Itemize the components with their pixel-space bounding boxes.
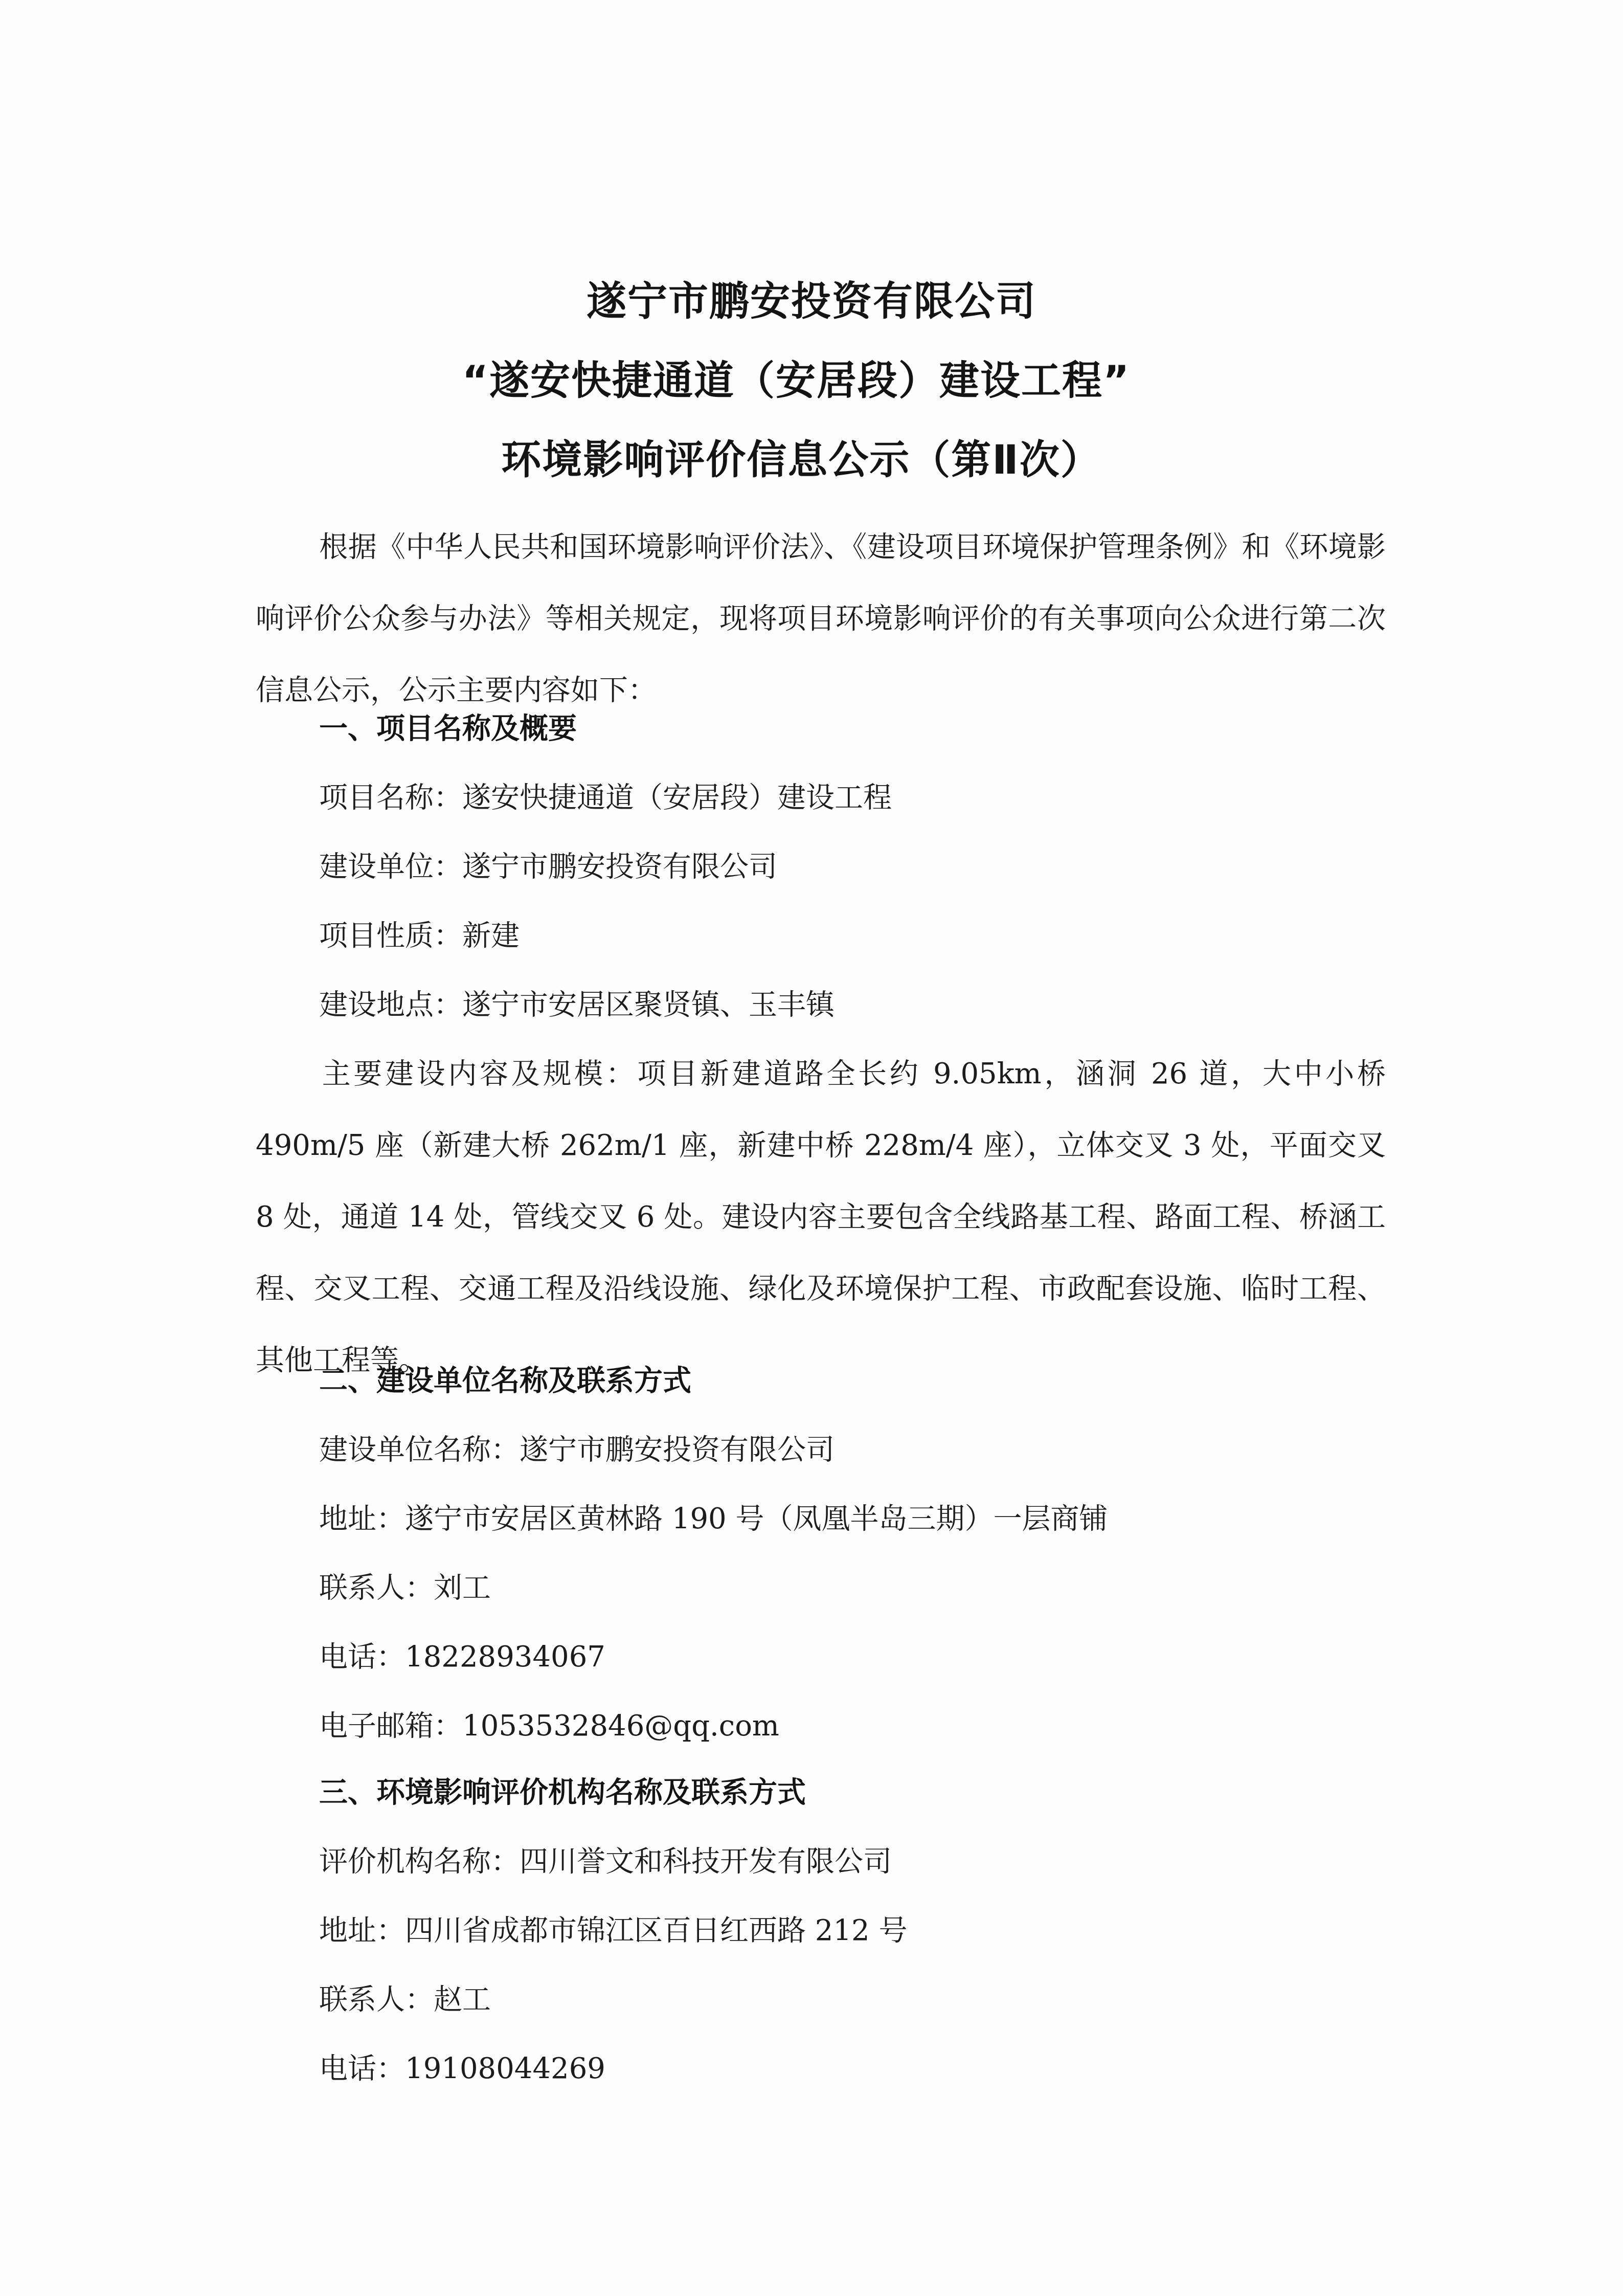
field-value: 遂宁市安居区聚贤镇、玉丰镇 bbox=[462, 988, 835, 1021]
scale-paragraph: 主要建设内容及规模：项目新建道路全长约 9.05km，涵洞 26 道，大中小桥 … bbox=[256, 1038, 1386, 1396]
field-value: 19108044269 bbox=[405, 2052, 605, 2085]
field-value: 遂宁市鹏安投资有限公司 bbox=[462, 850, 777, 883]
field-builder-contact: 联系人：刘工 bbox=[319, 1568, 491, 1609]
field-label: 地址： bbox=[319, 1914, 405, 1947]
field-value: 遂宁市安居区黄林路 190 号（凤凰半岛三期）一层商铺 bbox=[405, 1502, 1108, 1535]
field-label: 联系人： bbox=[319, 1571, 434, 1604]
field-value: 遂宁市鹏安投资有限公司 bbox=[520, 1433, 835, 1466]
document-page: 遂宁市鹏安投资有限公司 “遂安快捷通道（安居段）建设工程” 环境影响评价信息公示… bbox=[0, 0, 1623, 2296]
intro-paragraph: 根据《中华人民共和国环境影响评价法》、《建设项目环境保护管理条例》和《环境影响评… bbox=[256, 511, 1386, 726]
field-value: 新建 bbox=[462, 919, 520, 952]
field-agency-name: 评价机构名称：四川誉文和科技开发有限公司 bbox=[319, 1841, 892, 1882]
email-link[interactable]: 1053532846@qq.com bbox=[462, 1709, 779, 1743]
field-builder: 建设单位：遂宁市鹏安投资有限公司 bbox=[319, 846, 777, 887]
title-project: “遂安快捷通道（安居段）建设工程” bbox=[0, 355, 1608, 407]
field-project-nature: 项目性质：新建 bbox=[319, 916, 520, 956]
field-label: 联系人： bbox=[319, 1983, 434, 2016]
field-label: 建设单位名称： bbox=[319, 1433, 520, 1466]
field-label: 地址： bbox=[319, 1502, 405, 1535]
field-label: 电话： bbox=[319, 2052, 405, 2085]
intro-text: 根据《中华人民共和国环境影响评价法》、《建设项目环境保护管理条例》和《环境影响评… bbox=[256, 530, 1386, 707]
field-builder-phone: 电话：18228934067 bbox=[319, 1637, 605, 1678]
field-label: 项目性质： bbox=[319, 919, 462, 952]
field-label: 电子邮箱： bbox=[319, 1709, 462, 1743]
field-project-name: 项目名称：遂安快捷通道（安居段）建设工程 bbox=[319, 777, 892, 818]
field-label: 评价机构名称： bbox=[319, 1845, 520, 1878]
scale-text: 主要建设内容及规模：项目新建道路全长约 9.05km，涵洞 26 道，大中小桥 … bbox=[256, 1057, 1386, 1377]
field-builder-address: 地址：遂宁市安居区黄林路 190 号（凤凰半岛三期）一层商铺 bbox=[319, 1499, 1108, 1540]
field-value: 刘工 bbox=[434, 1571, 491, 1604]
field-agency-address: 地址：四川省成都市锦江区百日红西路 212 号 bbox=[319, 1910, 908, 1951]
field-value: 18228934067 bbox=[405, 1640, 605, 1674]
field-label: 项目名称： bbox=[319, 781, 462, 814]
field-builder-name: 建设单位名称：遂宁市鹏安投资有限公司 bbox=[319, 1430, 835, 1470]
field-value: 四川誉文和科技开发有限公司 bbox=[520, 1845, 892, 1878]
field-value: 四川省成都市锦江区百日红西路 212 号 bbox=[405, 1914, 908, 1947]
section-2-heading: 二、建设单位名称及联系方式 bbox=[319, 1361, 691, 1401]
field-agency-contact: 联系人：赵工 bbox=[319, 1979, 491, 2020]
field-location: 建设地点：遂宁市安居区聚贤镇、玉丰镇 bbox=[319, 985, 835, 1026]
field-value: 赵工 bbox=[434, 1983, 491, 2016]
field-label: 电话： bbox=[319, 1640, 405, 1674]
field-label: 建设地点： bbox=[319, 988, 462, 1021]
title-notice: 环境影响评价信息公示（第Ⅱ次） bbox=[0, 435, 1613, 486]
title-company: 遂宁市鹏安投资有限公司 bbox=[0, 276, 1623, 327]
field-label: 建设单位： bbox=[319, 850, 462, 883]
section-1-heading: 一、项目名称及概要 bbox=[319, 708, 577, 749]
field-builder-email: 电子邮箱：1053532846@qq.com bbox=[319, 1706, 779, 1747]
section-3-heading: 三、环境影响评价机构名称及联系方式 bbox=[319, 1772, 806, 1813]
field-agency-phone: 电话：19108044269 bbox=[319, 2048, 605, 2089]
field-value: 遂安快捷通道（安居段）建设工程 bbox=[462, 781, 892, 814]
